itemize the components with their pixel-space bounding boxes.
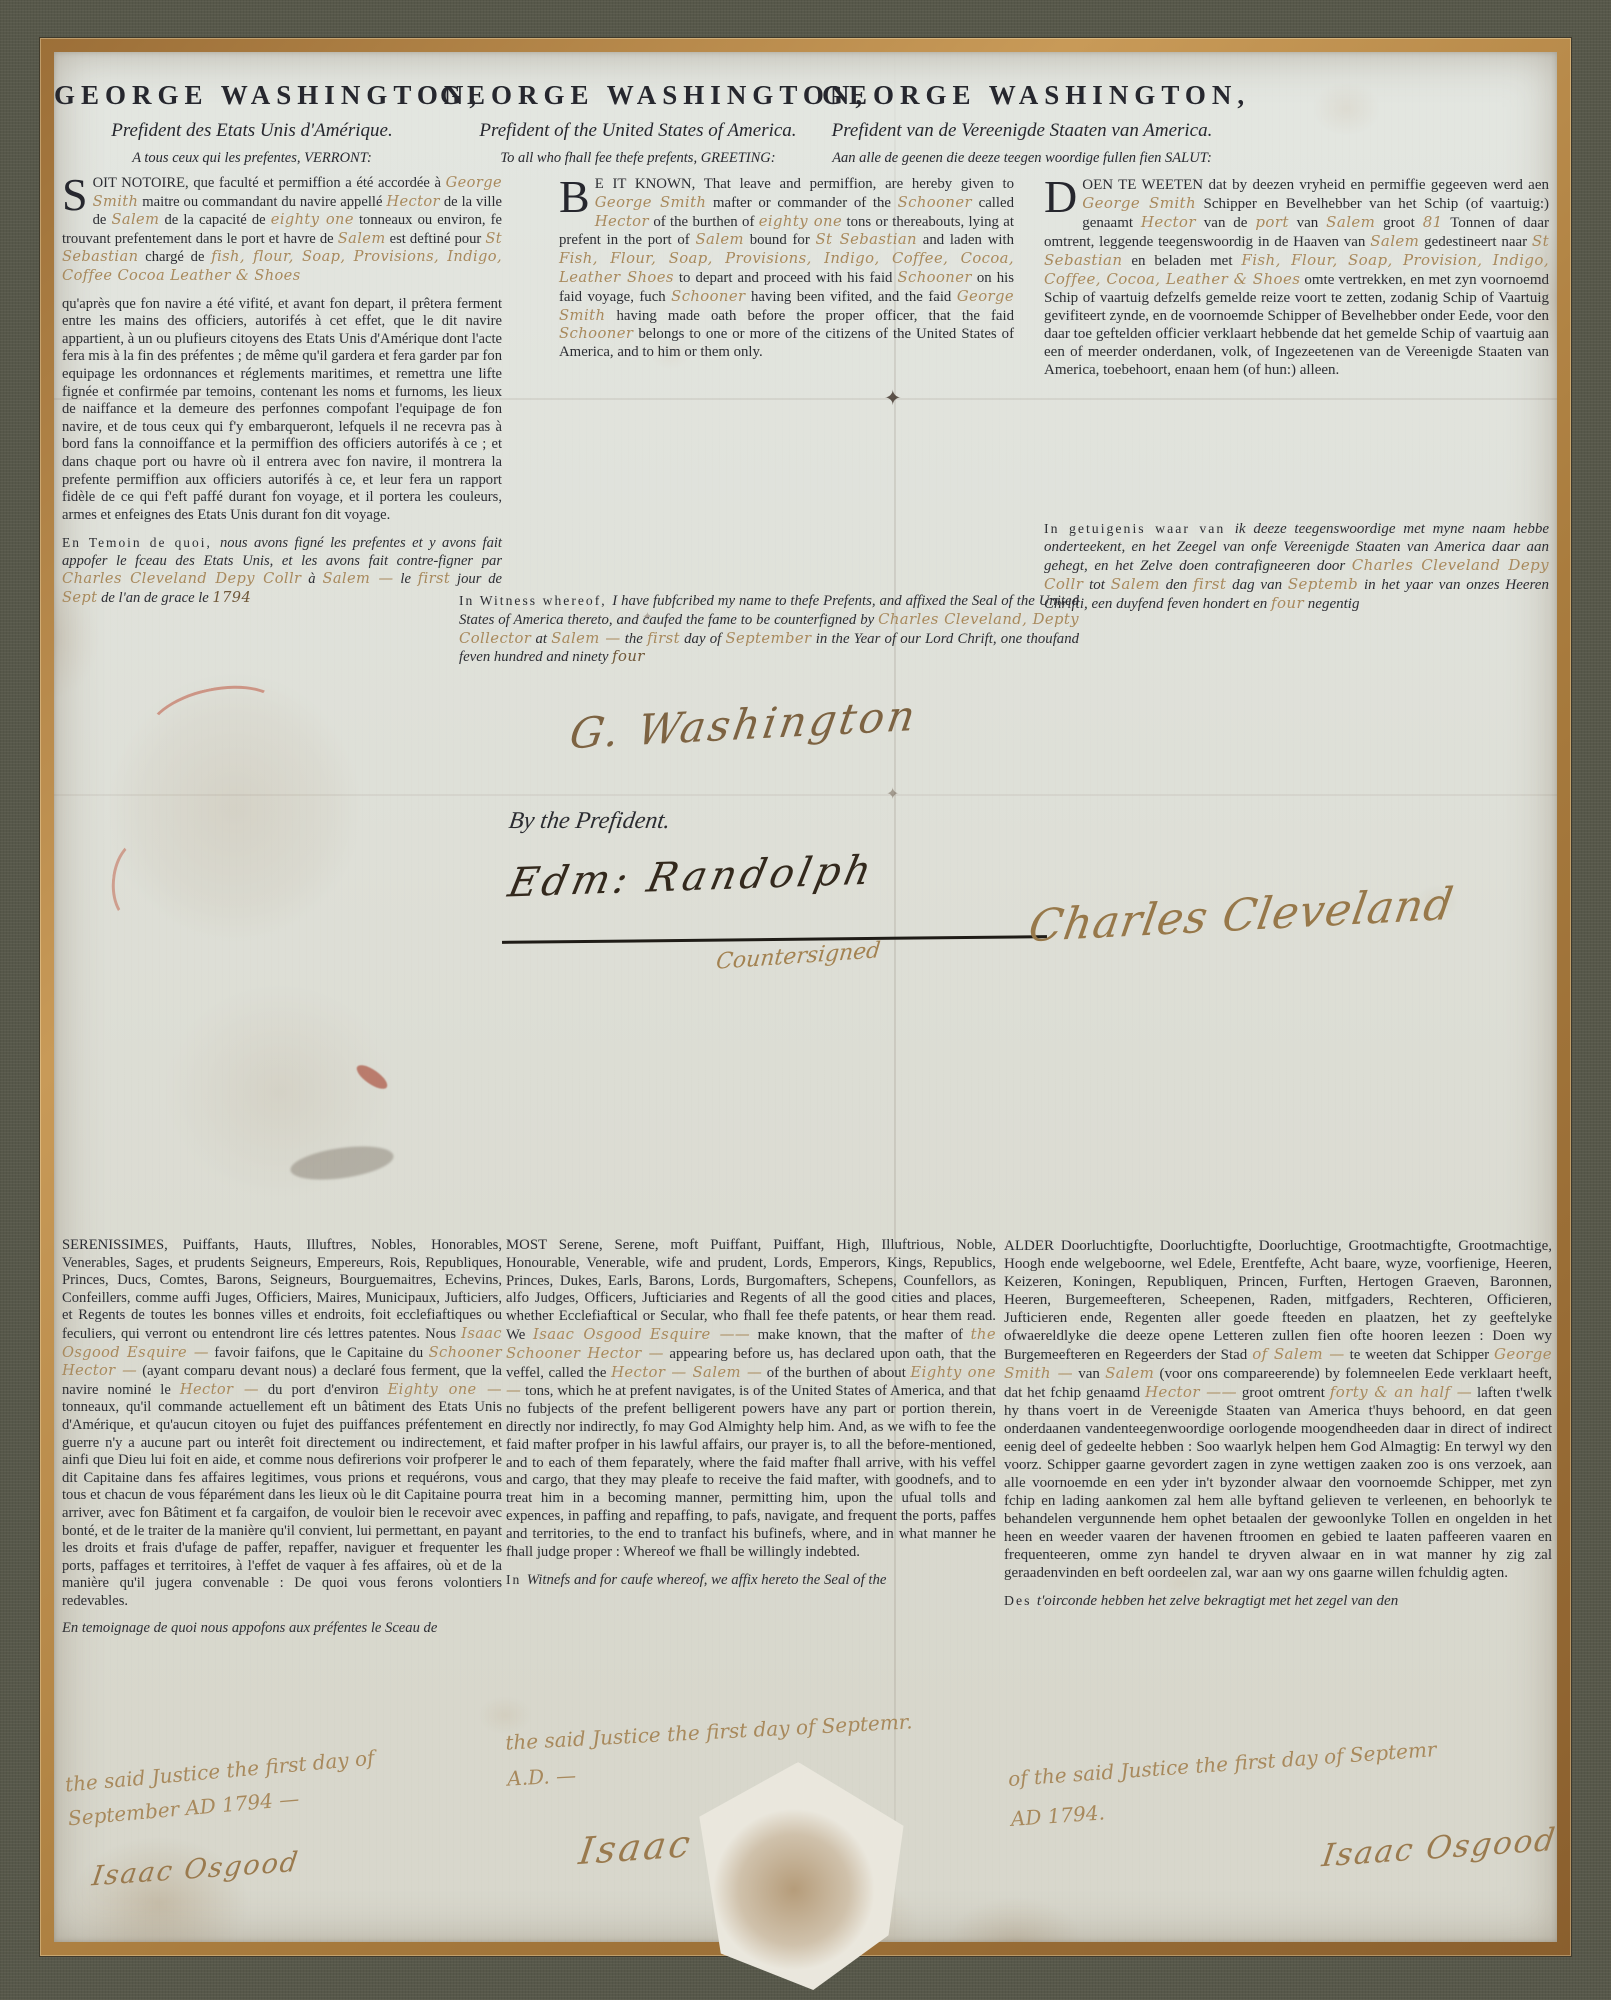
- printed-italic-text: à: [301, 571, 322, 587]
- dutch-alder-paragraph: ALDER Doorluchtigfte, Doorluchtigfte, Do…: [1004, 1237, 1552, 1582]
- printed-text: van: [1289, 215, 1326, 231]
- english-column-bottom: MOST Serene, Serene, moft Puiffant, Puif…: [506, 1237, 996, 1600]
- printed-italic-text: jour de: [450, 571, 502, 587]
- dutch-handwritten-attestation: of the said Justice the first day of Sep…: [1007, 1729, 1441, 1839]
- handwritten-entry: 1794: [212, 589, 251, 606]
- handwritten-entry: George Smith: [1082, 194, 1196, 212]
- english-column-top: BE IT KNOWN, That leave and permiffion, …: [559, 176, 1014, 372]
- printed-text: and laden with: [917, 232, 1014, 248]
- cleveland-signature: Charles Cleveland: [1025, 879, 1457, 953]
- printed-text: gedestineert naar: [1419, 234, 1532, 250]
- french-column-header: GEORGE WASHINGTON, Prefident des Etats U…: [54, 80, 450, 167]
- drop-cap: D: [1044, 176, 1082, 216]
- subtitle-nl: Prefident van de Vereenigde Staaten van …: [822, 120, 1222, 142]
- handwritten-entry: of Salem —: [1252, 1345, 1345, 1363]
- printed-italic-text: t'oirconde hebben het zelve bekragtigt m…: [1037, 1593, 1398, 1609]
- dutch-column-top: DOEN TE WEETEN dat by deezen vryheid en …: [1044, 176, 1549, 389]
- printed-text: having been vifited, and the faid: [746, 289, 957, 305]
- printed-text: qu'après que fon navire a été vifité, et…: [62, 296, 502, 523]
- french-opening-paragraph: SOIT NOTOIRE, que faculté et permiffion …: [62, 174, 502, 286]
- printed-text: est deftiné pour: [386, 231, 486, 247]
- handwritten-entry: first: [418, 570, 450, 587]
- english-opening-paragraph: BE IT KNOWN, That leave and permiffion, …: [559, 176, 1014, 362]
- printed-text: bound for: [744, 232, 816, 248]
- dutch-opening-paragraph: DOEN TE WEETEN dat by deezen vryheid en …: [1044, 176, 1549, 379]
- printed-italic-text: den: [1160, 577, 1193, 593]
- dutch-column-header: GEORGE WASHINGTON, Prefident van de Vere…: [822, 80, 1222, 167]
- printed-italic-text: day of: [680, 631, 726, 647]
- handwritten-entry: Salem: [1105, 1364, 1154, 1382]
- printed-text: en beladen met: [1122, 253, 1241, 269]
- handwritten-entry: four: [1271, 594, 1304, 612]
- handwritten-entry: Schooner: [671, 288, 745, 305]
- printed-text: te weeten dat Schipper: [1345, 1347, 1494, 1363]
- handwritten-entry: Hector: [595, 213, 649, 230]
- french-serenissimes-paragraph: SERENISSIMES, Puiffants, Hauts, Illuftre…: [62, 1237, 502, 1610]
- handwritten-entry: Salem —: [551, 630, 620, 647]
- gray-wafer-fragment: [288, 1141, 395, 1185]
- handwritten-entry: Hector ——: [1145, 1383, 1237, 1401]
- handwritten-entry: port: [1255, 213, 1288, 231]
- printed-text: van de: [1196, 215, 1255, 231]
- salutation-fr: A tous ceux qui les prefentes, VERRONT:: [54, 150, 450, 167]
- by-the-president-label: By the Prefident.: [507, 808, 672, 835]
- dutch-witness-block: In getuigenis waar van ik deeze teegensw…: [1044, 520, 1549, 623]
- printed-italic-text: negentig: [1304, 596, 1359, 612]
- printed-leadin: Des: [1004, 1593, 1037, 1608]
- english-seal-closing: In Witnefs and for caufe whereof, we aff…: [506, 1571, 996, 1590]
- printed-italic-text: at: [531, 631, 551, 647]
- printed-text: of the burthen of about: [762, 1365, 910, 1381]
- french-column-top: SOIT NOTOIRE, que faculté et permiffion …: [62, 174, 502, 618]
- printed-italic-text: tot: [1083, 577, 1110, 593]
- printed-text: OIT NOTOIRE, que faculté et permiffion a…: [93, 175, 446, 191]
- english-witness-block: In Witness whereof, I have fubfcribed my…: [459, 592, 1079, 677]
- handwritten-entry: four: [612, 648, 645, 665]
- french-handwritten-attestation: the said Justice the first day of Septem…: [64, 1741, 379, 1836]
- osgood-signature-dutch: Isaac Osgood: [1320, 1822, 1559, 1875]
- salutation-nl: Aan alle de geenen die deeze teegen woor…: [822, 150, 1222, 167]
- handwritten-entry: Hector —: [611, 1364, 686, 1381]
- handwritten-entry: Hector: [1141, 213, 1196, 231]
- handwritten-entry: Salem: [1111, 575, 1160, 593]
- drop-cap: B: [559, 176, 595, 216]
- countersigned-label: Countersigned: [715, 938, 882, 975]
- handwritten-entry: Sept: [62, 589, 97, 606]
- title-george-washington-fr: GEORGE WASHINGTON,: [54, 80, 450, 111]
- printed-text: maitre ou commandant du navire appellé: [138, 194, 386, 210]
- handwritten-entry: eighty one: [759, 213, 842, 230]
- printed-text: having made oath before the proper offic…: [605, 308, 1014, 324]
- printed-italic-text: le: [394, 571, 418, 587]
- french-seal-closing: En temoignage de quoi nous appofons aux …: [62, 1620, 502, 1638]
- handwritten-entry: Esquire ——: [650, 1326, 750, 1343]
- printed-italic-text: Witnefs and for caufe whereof, we affix …: [527, 1572, 887, 1588]
- printed-text: du port d'environ: [259, 1382, 388, 1398]
- printed-text: OEN TE WEETEN dat by deezen vryheid en p…: [1082, 177, 1549, 193]
- handwritten-entry: 81: [1423, 213, 1443, 231]
- seal-red-arc: [140, 674, 289, 769]
- fold-star-mark: ✦: [884, 386, 902, 410]
- printed-leadin: In Witness whereof,: [459, 593, 612, 608]
- handwritten-entry: Hector: [386, 193, 440, 210]
- handwritten-entry: Salem: [111, 211, 159, 228]
- printed-leadin: In: [506, 1572, 527, 1587]
- handwritten-entry: Schooner: [898, 269, 972, 286]
- subtitle-en: Prefident of the United States of Americ…: [440, 120, 836, 142]
- printed-text: tonneaux, qu'il commande actuellement ef…: [62, 1399, 502, 1609]
- framed-document: ✦ ✦ ✦ GEORGE WASHINGTON, Prefident des E…: [0, 0, 1611, 2000]
- handwritten-entry: Salem —: [687, 1364, 763, 1381]
- salutation-en: To all who fhall fee thefe prefents, GRE…: [440, 150, 836, 167]
- handwritten-entry: Salem: [1326, 213, 1375, 231]
- dutch-witness-paragraph: In getuigenis waar van ik deeze teegensw…: [1044, 520, 1549, 613]
- seal-red-streak: [353, 1061, 391, 1093]
- horizontal-fold-crease: [54, 794, 1557, 796]
- printed-text: E IT KNOWN, That leave and permiffion, a…: [595, 176, 1014, 192]
- handwritten-entry: September: [725, 630, 811, 647]
- printed-text: chargé de: [138, 249, 211, 265]
- fold-star-mark: ✦: [886, 784, 899, 803]
- osgood-signature-french: Isaac Osgood: [90, 1847, 301, 1893]
- printed-italic-text: dag van: [1226, 577, 1288, 593]
- printed-italic-text: de l'an de grace le: [97, 590, 212, 606]
- title-george-washington-nl: GEORGE WASHINGTON,: [822, 80, 1222, 111]
- printed-text: SERENISSIMES, Puiffants, Hauts, Illuftre…: [62, 1237, 502, 1342]
- printed-leadin: In getuigenis waar van: [1044, 521, 1235, 536]
- document-paper: ✦ ✦ ✦ GEORGE WASHINGTON, Prefident des E…: [54, 52, 1557, 1942]
- french-column-bottom: SERENISSIMES, Puiffants, Hauts, Illuftre…: [62, 1237, 502, 1648]
- english-witness-paragraph: In Witness whereof, I have fubfcribed my…: [459, 592, 1079, 667]
- handwritten-entry: Salem: [1370, 232, 1419, 250]
- printed-text: laften t'welk hy thans voert in de Veree…: [1004, 1385, 1552, 1581]
- handwritten-entry: Hector —: [180, 1381, 259, 1398]
- english-column-header: GEORGE WASHINGTON, Prefident of the Unit…: [440, 80, 836, 167]
- handwritten-entry: Eighty one —: [388, 1381, 502, 1398]
- handwritten-entry: St Sebastian: [816, 231, 917, 248]
- english-handwritten-attestation: the said Justice the first day of Septem…: [504, 1703, 915, 1796]
- washington-signature: G. Washington: [480, 686, 1007, 763]
- printed-text: [642, 1327, 650, 1343]
- handwritten-entry: Septemb: [1288, 575, 1358, 593]
- printed-text: mafter or commander of the: [706, 195, 897, 211]
- seal-red-arc: [108, 838, 166, 925]
- handwritten-entry: eighty one: [271, 211, 354, 228]
- handwritten-entry: Salem —: [322, 570, 393, 587]
- handwritten-entry: Schooner: [559, 325, 633, 342]
- printed-text: groot omtrent: [1237, 1385, 1330, 1401]
- randolph-signature: Edm: Randolph: [504, 847, 879, 906]
- dutch-seal-closing: Des t'oirconde hebben het zelve bekragti…: [1004, 1592, 1552, 1610]
- french-witness-paragraph: En Temoin de quoi, nous avons figné les …: [62, 534, 502, 607]
- printed-text: van: [1073, 1366, 1105, 1382]
- printed-leadin: En Temoin de quoi,: [62, 535, 220, 550]
- printed-text: de la capacité de: [159, 212, 270, 228]
- drop-cap: S: [62, 174, 93, 214]
- handwritten-entry: Isaac Osgood: [533, 1326, 642, 1343]
- handwritten-entry: Salem: [338, 230, 386, 247]
- randolph-underline: [502, 935, 1047, 944]
- printed-text: of the burthen of: [649, 214, 759, 230]
- handwritten-entry: Salem: [695, 231, 743, 248]
- title-george-washington-en: GEORGE WASHINGTON,: [440, 80, 836, 111]
- handwritten-entry: first: [647, 630, 680, 647]
- handwritten-entry: Schooner: [898, 194, 972, 211]
- handwritten-entry: George Smith: [595, 194, 707, 211]
- subtitle-fr: Prefident des Etats Unis d'Amérique.: [54, 120, 450, 142]
- printed-text: make known, that the mafter of: [750, 1327, 971, 1343]
- handwritten-entry: first: [1193, 575, 1226, 593]
- dutch-column-bottom: ALDER Doorluchtigfte, Doorluchtigfte, Do…: [1004, 1237, 1552, 1620]
- printed-text: tons, which he at prefent navigates, is …: [506, 1383, 996, 1559]
- english-most-serene-paragraph: MOST Serene, Serene, moft Puiffant, Puif…: [506, 1237, 996, 1561]
- printed-text: groot: [1375, 215, 1422, 231]
- printed-italic-text: the: [621, 631, 648, 647]
- french-conditions-paragraph: qu'après que fon navire a été vifité, et…: [62, 296, 502, 525]
- printed-text: to depart and proceed with his faid: [674, 270, 898, 286]
- printed-italic-text: En temoignage de quoi nous appofons aux …: [62, 1620, 437, 1636]
- printed-text: favoir faifons, que le Capitaine du: [209, 1345, 429, 1361]
- handwritten-entry: forty & an half —: [1330, 1383, 1472, 1401]
- printed-text: called: [972, 195, 1014, 211]
- handwritten-entry: Charles Cleveland Depy Collr: [62, 570, 301, 587]
